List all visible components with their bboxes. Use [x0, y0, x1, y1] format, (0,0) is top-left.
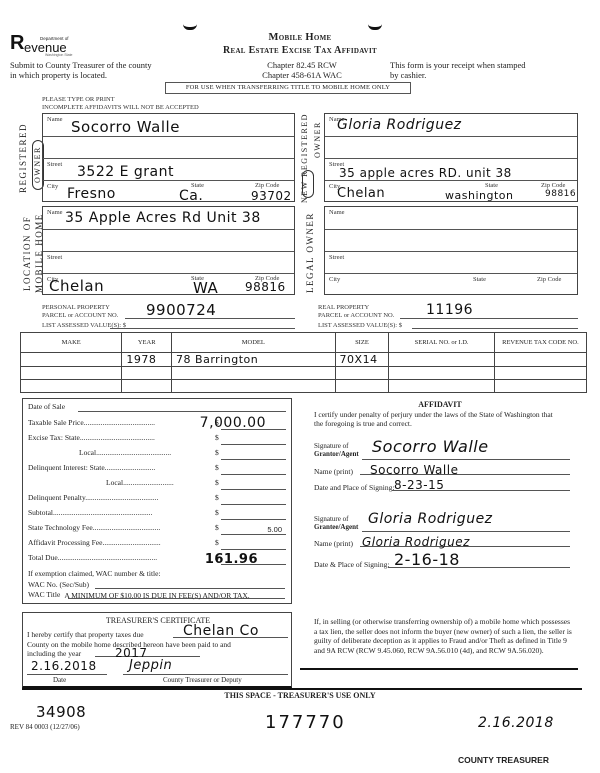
new-circle-mark — [302, 170, 314, 198]
reg-city-value: Fresno — [67, 186, 116, 202]
legal-owner-label: LEGAL OWNER — [305, 208, 318, 298]
dor-logo: R Department of evenue Washington State — [10, 33, 100, 59]
exemption-label: If exemption claimed, WAC number & title… — [28, 569, 161, 578]
tax-row-delinquent-state[interactable]: Delinquent Interest: State..............… — [28, 463, 286, 476]
col-year: YEAR — [122, 333, 172, 353]
tax-row-processing-fee[interactable]: Affidavit Processing Fee................… — [28, 538, 286, 551]
personal-parcel-label1: PERSONAL PROPERTY — [42, 304, 110, 311]
dollar-sign: $ — [215, 523, 219, 532]
dollar-sign: $ — [215, 448, 219, 457]
form-number: REV 84 0003 (12/27/06) — [10, 723, 80, 731]
reg-name-row2[interactable] — [43, 137, 294, 159]
loc-zip-value: 98816 — [245, 280, 286, 294]
reg-state-value: Ca. — [179, 188, 203, 204]
receipt-note: This form is your receipt when stamped b… — [390, 60, 526, 80]
treasurer-use-only: THIS SPACE - TREASURER'S USE ONLY — [180, 691, 420, 700]
registered-owner-label: REGISTERED — [18, 112, 32, 204]
tax-row-delinquent-local[interactable]: Local........................... $ — [28, 478, 286, 491]
location-box: Name 35 Apple Acres Rd Unit 38 Street Ci… — [42, 206, 295, 295]
loc-name-row[interactable]: Name 35 Apple Acres Rd Unit 38 — [43, 207, 294, 230]
tax-row-line[interactable] — [221, 459, 286, 460]
cert-date-line[interactable] — [27, 674, 107, 675]
tax-row-label: Local — [28, 478, 123, 487]
table-row — [21, 367, 587, 380]
real-parcel-value: 11196 — [426, 302, 473, 318]
cell-serial[interactable] — [389, 380, 495, 393]
new-owner-label: OWNER — [313, 115, 324, 165]
stamp-date: 2.16.2018 — [478, 715, 554, 731]
grantee-signature-line[interactable] — [362, 531, 570, 532]
tax-row-line[interactable] — [221, 534, 286, 535]
grantee-signature: Gloria Rodriguez — [368, 511, 493, 527]
cell-serial[interactable] — [389, 353, 495, 367]
tax-row-total-due[interactable]: Total Due...............................… — [28, 553, 286, 566]
new-street-value: 35 apple acres RD. unit 38 — [339, 166, 512, 180]
instruction-incomplete: INCOMPLETE AFFIDAVITS WILL NOT BE ACCEPT… — [42, 104, 199, 111]
tax-row-dots: ............................... — [102, 538, 160, 547]
loc-name-row2[interactable] — [43, 230, 294, 252]
table-row — [21, 380, 587, 393]
tax-calculation-box: Date of Sale Taxable Sale Price.........… — [22, 398, 292, 604]
personal-parcel-label2: PARCEL or ACCOUNT NO. — [42, 312, 118, 319]
dollar-sign: $ — [215, 493, 219, 502]
reg-name-label: Name — [47, 116, 63, 123]
loc-state-value: WA — [193, 279, 218, 297]
loc-city-value: Chelan — [49, 277, 104, 295]
affidavit-statement: I certify under penalty of perjury under… — [314, 410, 554, 428]
new-name-row[interactable]: Name Gloria Rodriguez — [325, 114, 577, 137]
tax-row-line[interactable] — [221, 489, 286, 490]
reg-city-label: City — [47, 183, 58, 190]
tax-row-delinquent-penalty[interactable]: Delinquent Penalty......................… — [28, 493, 286, 506]
taxable-price-value: 7,000.00 — [200, 415, 266, 431]
tax-row-label: Subtotal — [28, 508, 53, 517]
cell-size[interactable] — [335, 380, 389, 393]
grantee-date-label: Date & Place of Signing: — [314, 560, 389, 569]
reg-street-value: 3522 E grant — [77, 164, 174, 180]
cell-serial[interactable] — [389, 367, 495, 380]
new-name-row2[interactable] — [325, 137, 577, 159]
real-assessed-line[interactable] — [412, 328, 578, 329]
cert-date-value: 2.16.2018 — [31, 659, 97, 673]
treasurer-certificate-box: TREASURER'S CERTIFICATE I hereby certify… — [22, 612, 292, 688]
cell-revenue-code[interactable] — [494, 367, 586, 380]
legal-zip-label: Zip Code — [537, 276, 561, 283]
swoosh-right-mark — [368, 24, 382, 30]
registered-owner-box: Name Socorro Walle Street 3522 E grant C… — [42, 113, 295, 202]
tax-row-dots: ........................................… — [58, 553, 157, 562]
grantee-name-value: Gloria Rodriguez — [362, 535, 470, 549]
receipt-number: 177770 — [265, 712, 346, 733]
cell-year[interactable]: 1978 — [122, 353, 172, 367]
logo-r: R — [10, 33, 24, 53]
tax-row-label: Local — [28, 448, 96, 457]
loc-street-label: Street — [47, 254, 62, 261]
loc-name-value: 35 Apple Acres Rd Unit 38 — [65, 210, 261, 226]
tech-fee-value: 5.00 — [267, 525, 282, 534]
wac-no-line[interactable] — [95, 588, 285, 589]
new-zip-label: Zip Code — [541, 182, 565, 189]
grantor-name-value: Socorro Walle — [370, 463, 458, 477]
transfer-banner: FOR USE WHEN TRANSFERRING TITLE TO MOBIL… — [165, 82, 411, 94]
grantor-signature: Socorro Walle — [372, 437, 489, 456]
date-of-sale-label: Date of Sale — [28, 402, 65, 411]
loc-street-row[interactable]: Street — [43, 252, 294, 274]
reg-name-row[interactable]: Name Socorro Walle — [43, 114, 294, 137]
cell-year[interactable] — [122, 380, 172, 393]
table-row: 1978 78 Barrington 70X14 — [21, 353, 587, 367]
cell-revenue-code[interactable] — [494, 353, 586, 367]
legal-street-row[interactable]: Street — [325, 252, 577, 274]
lien-notice: If, in selling (or otherwise transferrin… — [314, 617, 574, 655]
tax-row-excise-state[interactable]: Excise Tax: State.......................… — [28, 433, 286, 446]
lien-divider — [300, 668, 578, 670]
cell-make[interactable] — [21, 367, 122, 380]
wac-no-label: WAC No. (Sec/Sub) — [28, 580, 89, 589]
tax-row-label: Total Due — [28, 553, 58, 562]
tax-row-label: State Technology Fee — [28, 523, 93, 532]
col-size: SIZE — [335, 333, 389, 353]
col-make: MAKE — [21, 333, 122, 353]
grantor-name-label: Name (print) — [314, 467, 353, 476]
tax-row-label: Affidavit Processing Fee — [28, 538, 102, 547]
cell-make[interactable] — [21, 380, 122, 393]
col-serial: SERIAL NO. or I.D. — [389, 333, 495, 353]
tax-row-taxable-price[interactable]: Taxable Sale Price......................… — [28, 418, 286, 431]
date-of-sale-row[interactable]: Date of Sale — [28, 402, 286, 415]
county-treasurer-stamp: COUNTY TREASURER — [458, 755, 549, 765]
tax-row-dots: ........................................… — [53, 508, 152, 517]
tax-row-label: Taxable Sale Price — [28, 418, 84, 427]
tax-row-line[interactable] — [221, 504, 286, 505]
county-value: Chelan Co — [183, 623, 259, 639]
dollar-sign: $ — [215, 508, 219, 517]
tax-row-line[interactable] — [221, 444, 286, 445]
real-parcel-label2: PARCEL or ACCOUNT NO. — [318, 312, 394, 319]
real-parcel-line[interactable] — [400, 318, 578, 319]
real-parcel-label1: REAL PROPERTY — [318, 304, 369, 311]
treasurer-sig-line[interactable] — [123, 674, 288, 675]
tax-row-line[interactable] — [221, 474, 286, 475]
grantee-date-value: 2-16-18 — [394, 550, 460, 569]
submit-line1: Submit to County Treasurer of the county — [10, 60, 152, 70]
form-title: Mobile Home — [200, 32, 400, 43]
col-revenue-code: REVENUE TAX CODE NO. — [494, 333, 586, 353]
grantor-signature-label: Signature of Grantor/Agent — [314, 442, 359, 458]
cell-size[interactable]: 70X14 — [335, 353, 389, 367]
receipt-line2: by cashier. — [390, 70, 526, 80]
legal-city-row[interactable]: City State Zip Code — [325, 274, 577, 296]
loc-name-label: Name — [47, 209, 63, 216]
tax-row-dots: .................................... — [93, 523, 161, 532]
cell-size[interactable] — [335, 367, 389, 380]
tax-row-label: Excise Tax: State — [28, 433, 80, 442]
legal-name-row2[interactable] — [325, 230, 577, 252]
tax-row-line[interactable] — [221, 519, 286, 520]
swoosh-left-mark — [183, 24, 197, 30]
minimum-note: A MINIMUM OF $10.00 IS DUE IN FEE(S) AND… — [22, 591, 292, 600]
grantor-signature-line[interactable] — [362, 459, 570, 460]
cell-make[interactable] — [21, 353, 122, 367]
tax-row-dots: ...................................... — [84, 418, 155, 427]
tax-row-line[interactable] — [221, 549, 286, 550]
treasurer-divider — [22, 688, 582, 690]
form-subtitle: Real Estate Excise Tax Affidavit — [170, 45, 430, 56]
submit-line2: in which property is located. — [10, 70, 152, 80]
treasurer-signature: Jeppin — [129, 658, 172, 673]
cell-model[interactable] — [172, 380, 335, 393]
grantor-date-label: Date and Place of Signing: — [314, 483, 394, 492]
table-header-row: MAKE YEAR MODEL SIZE SERIAL NO. or I.D. … — [21, 333, 587, 353]
treasurer-cert-line1: I hereby certify that property taxes due — [27, 630, 144, 639]
personal-assessed-line[interactable] — [110, 328, 295, 329]
grantee-sig-label1: Signature of — [314, 515, 358, 523]
legal-city-label: City — [329, 276, 340, 283]
grantee-signature-label: Signature of Grantee/Agent — [314, 515, 358, 531]
col-model: MODEL — [172, 333, 335, 353]
stamp-number: 34908 — [36, 703, 86, 721]
logo-state: Washington State — [45, 53, 73, 57]
personal-parcel-value: 9900724 — [146, 301, 216, 319]
legal-state-label: State — [473, 276, 486, 283]
dollar-sign: $ — [215, 478, 219, 487]
cell-revenue-code[interactable] — [494, 380, 586, 393]
date-of-sale-line[interactable] — [78, 411, 286, 412]
new-street-row[interactable]: Street 35 apple acres RD. unit 38 — [325, 159, 577, 181]
legal-owner-box: Name Street City State Zip Code — [324, 206, 578, 295]
cert-date-label: Date — [53, 676, 66, 684]
loc-city-row[interactable]: City Chelan State WA Zip Code 98816 — [43, 274, 294, 296]
reg-street-row[interactable]: Street 3522 E grant — [43, 159, 294, 181]
cell-model[interactable] — [172, 367, 335, 380]
reg-zip-value: 93702 — [251, 189, 292, 203]
tax-row-label: Delinquent Penalty — [28, 493, 85, 502]
grantee-sig-label2: Grantee/Agent — [314, 523, 358, 531]
cert-signer-label: County Treasurer or Deputy — [163, 676, 242, 684]
legal-name-label: Name — [329, 209, 345, 216]
real-assessed-label: LIST ASSESSED VALUE(S): $ — [318, 322, 402, 329]
dollar-sign: $ — [215, 538, 219, 547]
cell-year[interactable] — [122, 367, 172, 380]
tax-row-dots: ........................... — [105, 463, 156, 472]
new-state-label: State — [485, 182, 498, 189]
cell-model[interactable]: 78 Barrington — [172, 353, 335, 367]
treasurer-cert-line3: including the year — [27, 649, 81, 658]
new-name-value: Gloria Rodriguez — [337, 117, 462, 133]
grantee-name-label: Name (print) — [314, 539, 353, 548]
submit-instructions: Submit to County Treasurer of the county… — [10, 60, 152, 80]
instruction-type-print: PLEASE TYPE OR PRINT — [42, 96, 115, 103]
legal-name-row[interactable]: Name — [325, 207, 577, 230]
tax-row-label: Delinquent Interest: State — [28, 463, 105, 472]
new-city-value: Chelan — [337, 186, 385, 201]
new-zip-value: 98816 — [545, 189, 576, 199]
chapter-refs: Chapter 82.45 RCW Chapter 458-61A WAC — [232, 60, 372, 80]
tax-row-dots: ........................................ — [96, 448, 171, 457]
tax-row-dots: ........................... — [123, 478, 174, 487]
legal-street-label: Street — [329, 254, 344, 261]
mobile-home-table: MAKE YEAR MODEL SIZE SERIAL NO. or I.D. … — [20, 332, 587, 393]
grantor-sig-label2: Grantor/Agent — [314, 450, 359, 458]
chapter-wac: Chapter 458-61A WAC — [232, 70, 372, 80]
receipt-line1: This form is your receipt when stamped — [390, 60, 526, 70]
dollar-sign: $ — [215, 433, 219, 442]
chapter-rcw: Chapter 82.45 RCW — [232, 60, 372, 70]
reg-zip-label: Zip Code — [255, 182, 279, 189]
tax-row-excise-local[interactable]: Local...................................… — [28, 448, 286, 461]
dollar-sign: $ — [215, 463, 219, 472]
total-due-value: 161.96 — [205, 552, 258, 567]
reg-street-label: Street — [47, 161, 62, 168]
tax-row-dots: ....................................... — [85, 493, 158, 502]
new-state-value: washington — [445, 189, 513, 202]
affidavit-title: AFFIDAVIT — [300, 400, 580, 409]
reg-name-value: Socorro Walle — [71, 118, 180, 136]
tax-row-tech-fee[interactable]: State Technology Fee....................… — [28, 523, 286, 536]
reg-city-row[interactable]: City Fresno State Ca. Zip Code 93702 — [43, 181, 294, 203]
new-registered-owner-box: Name Gloria Rodriguez Street 35 apple ac… — [324, 113, 578, 202]
new-city-row[interactable]: City Chelan State washington Zip Code 98… — [325, 181, 577, 203]
grantor-date-value: 8-23-15 — [394, 478, 444, 492]
tax-row-dots: ........................................ — [80, 433, 155, 442]
tax-row-subtotal[interactable]: Subtotal................................… — [28, 508, 286, 521]
grantor-sig-label1: Signature of — [314, 442, 359, 450]
